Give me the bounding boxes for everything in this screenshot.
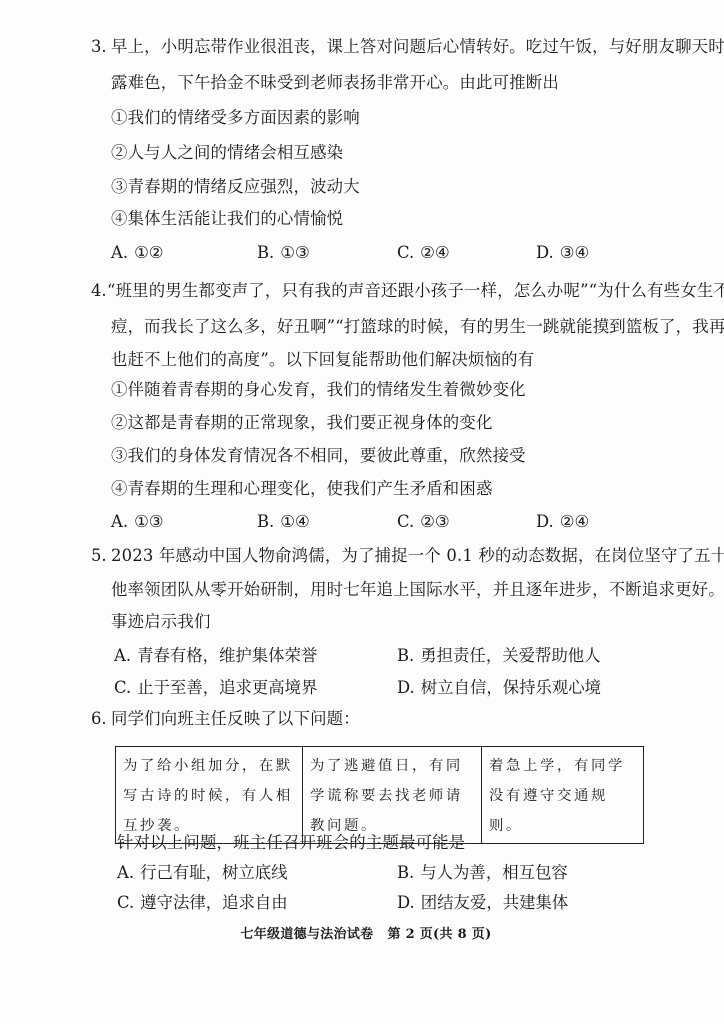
- option-label: B.: [257, 243, 274, 263]
- table-cell: 为了给小组加分，在默写古诗的时候，有人相互抄袭。: [116, 747, 303, 844]
- option-label: B.: [257, 512, 274, 532]
- statement-3: ③青春期的情绪反应强烈，波动大: [111, 177, 360, 197]
- option-label: C.: [397, 243, 414, 263]
- option-text: 止于至善，追求更高境界: [137, 678, 317, 697]
- exam-title: 七年级道德与法治试卷: [240, 927, 373, 942]
- option-text: 遵守法律，追求自由: [140, 893, 288, 912]
- question-stem-line: 痘，而我长了这么多，好丑啊”“打篮球的时候，有的男生一跳就能摸到篮板了，我再灵活: [111, 317, 724, 337]
- option-label: D.: [397, 678, 415, 698]
- option-text: 青春有格，维护集体荣誉: [137, 646, 317, 665]
- option-text: ②④: [560, 512, 589, 531]
- option-text: ①③: [134, 512, 163, 531]
- question-number: 4.: [91, 281, 107, 301]
- option-text: 与人为善，相互包容: [420, 863, 568, 882]
- option-c[interactable]: C.②④: [397, 243, 450, 263]
- page-footer: 七年级道德与法治试卷第 2 页(共 8 页): [0, 925, 724, 945]
- question-stem-line: 2023 年感动中国人物俞鸿儒，为了捕捉一个 0.1 秒的动态数据，在岗位坚守了…: [111, 546, 724, 566]
- option-label: A.: [114, 646, 131, 666]
- question-number: 5.: [91, 546, 107, 566]
- option-a[interactable]: A.①③: [111, 512, 163, 532]
- option-label: D.: [536, 512, 554, 532]
- option-d[interactable]: D.②④: [536, 512, 589, 532]
- option-label: C.: [114, 678, 131, 698]
- option-b[interactable]: B.①③: [257, 243, 310, 263]
- option-label: D.: [397, 893, 415, 913]
- option-d[interactable]: D.团结友爱，共建集体: [397, 893, 568, 913]
- option-c[interactable]: C.②③: [397, 512, 450, 532]
- option-a[interactable]: A.青春有格，维护集体荣誉: [114, 646, 317, 666]
- option-a[interactable]: A.行己有耻，树立底线: [117, 863, 288, 883]
- option-text: 树立自信，保持乐观心境: [421, 678, 601, 697]
- statement-1: ①我们的情绪受多方面因素的影响: [111, 108, 360, 128]
- option-text: ①③: [280, 243, 309, 262]
- option-d[interactable]: D.树立自信，保持乐观心境: [397, 678, 601, 698]
- option-d[interactable]: D.③④: [536, 243, 589, 263]
- statement-4: ④青春期的生理和心理变化，使我们产生矛盾和困惑: [111, 479, 493, 499]
- statement-4: ④集体生活能让我们的心情愉悦: [111, 209, 343, 229]
- option-b[interactable]: B.与人为善，相互包容: [397, 863, 568, 883]
- table-cell: 着急上学，有同学没有遵守交通规则。: [482, 747, 644, 844]
- option-a[interactable]: A.①②: [111, 243, 163, 263]
- question-stem-line: 事迹启示我们: [111, 612, 211, 632]
- statement-2: ②人与人之间的情绪会相互感染: [111, 143, 343, 163]
- statement-1: ①伴随着青春期的身心发育，我们的情绪发生着微妙变化: [111, 380, 526, 400]
- option-label: C.: [397, 512, 414, 532]
- option-label: B.: [397, 646, 414, 666]
- option-c[interactable]: C.遵守法律，追求自由: [117, 893, 288, 913]
- page-number: 第 2 页(共 8 页): [387, 927, 491, 942]
- table-row: 为了给小组加分，在默写古诗的时候，有人相互抄袭。 为了逃避值日，有同学谎称要去找…: [116, 747, 644, 844]
- option-text: 行己有耻，树立底线: [140, 863, 288, 882]
- option-text: ③④: [560, 243, 589, 262]
- option-label: A.: [117, 863, 134, 883]
- option-text: 团结友爱，共建集体: [421, 893, 569, 912]
- option-label: D.: [536, 243, 554, 263]
- option-label: C.: [117, 893, 134, 913]
- question-stem-line: “班里的男生都变声了，只有我的声音还跟小孩子一样，怎么办呢”“为什么有些女生不长: [107, 281, 724, 301]
- option-label: A.: [111, 243, 128, 263]
- option-text: ②③: [420, 512, 449, 531]
- option-b[interactable]: B.勇担责任，关爱帮助他人: [397, 646, 601, 666]
- option-text: 勇担责任，关爱帮助他人: [420, 646, 600, 665]
- statement-3: ③我们的身体发育情况各不相同，要彼此尊重，欣然接受: [111, 446, 526, 466]
- option-label: B.: [397, 863, 414, 883]
- option-label: A.: [111, 512, 128, 532]
- table-cell: 为了逃避值日，有同学谎称要去找老师请教问题。: [303, 747, 482, 844]
- question-stem-line: 早上，小明忘带作业很沮丧，课上答对问题后心情转好。吃过午饭，与好朋友聊天时又面: [111, 37, 724, 57]
- option-text: ①②: [134, 243, 163, 262]
- question-number: 6.: [91, 709, 107, 729]
- option-c[interactable]: C.止于至善，追求更高境界: [114, 678, 317, 698]
- statement-2: ②这都是青春期的正常现象，我们要正视身体的变化: [111, 413, 493, 433]
- question-stem-line: 他率领团队从零开始研制，用时七年追上国际水平，并且逐年进步，不断追求更好。他的: [111, 580, 724, 600]
- question-number: 3.: [91, 37, 107, 57]
- option-text: ②④: [420, 243, 449, 262]
- question-stem-line: 露难色，下午拾金不昧受到老师表扬非常开心。由此可推断出: [111, 73, 559, 93]
- question-prompt: 针对以上问题，班主任召开班会的主题最可能是: [117, 833, 465, 853]
- option-text: ①④: [280, 512, 309, 531]
- option-b[interactable]: B.①④: [257, 512, 310, 532]
- issues-table: 为了给小组加分，在默写古诗的时候，有人相互抄袭。 为了逃避值日，有同学谎称要去找…: [115, 746, 644, 844]
- question-stem-line: 也赶不上他们的高度”。以下回复能帮助他们解决烦恼的有: [111, 350, 534, 370]
- question-stem-line: 同学们向班主任反映了以下问题：: [111, 709, 360, 729]
